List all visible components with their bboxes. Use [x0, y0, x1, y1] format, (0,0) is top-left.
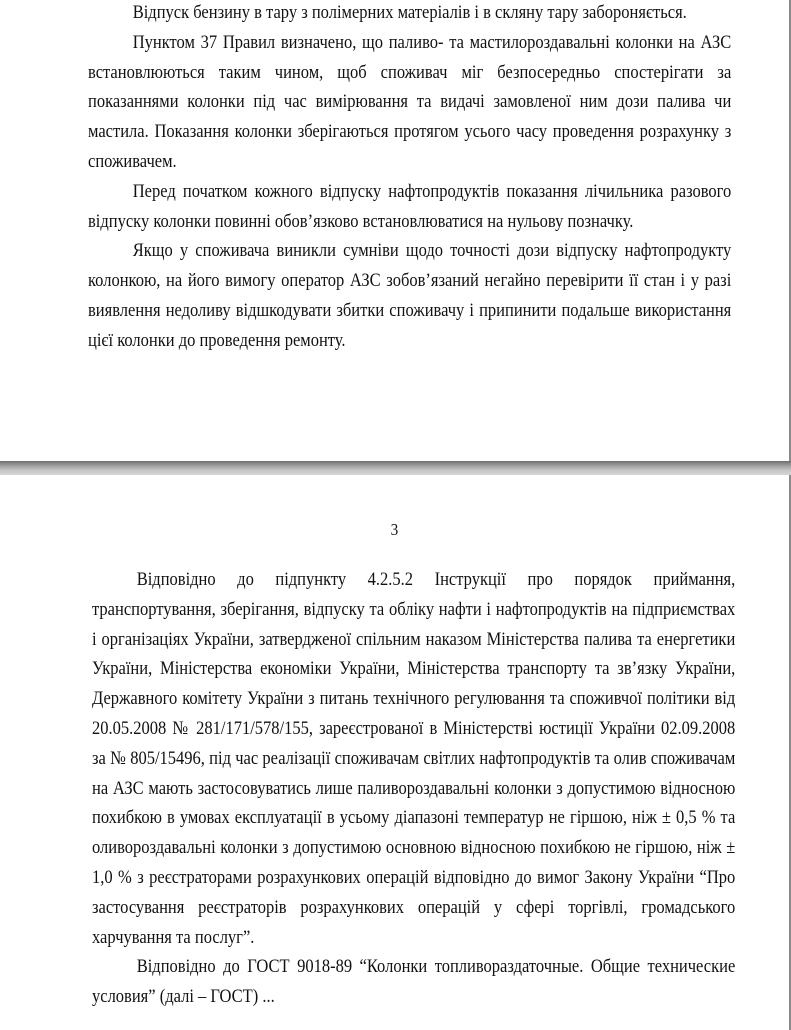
page-break-separator — [0, 461, 791, 475]
paragraph-instruction-4-2-5-2: Відповідно до підпункту 4.2.5.2 Інструкц… — [92, 565, 735, 952]
document-page-previous: Відпуск бензину в тару з полімерних мате… — [0, 0, 791, 461]
paragraph-point-37: Пунктом 37 Правил визначено, що паливо- … — [88, 28, 731, 177]
paragraph-fuel-container-ban: Відпуск бензину в тару з полімерних мате… — [88, 0, 731, 28]
page-number: 3 — [39, 520, 749, 540]
page-body: Відповідно до підпункту 4.2.5.2 Інструкц… — [92, 565, 735, 1012]
page-body: Відпуск бензину в тару з полімерних мате… — [88, 0, 731, 356]
paragraph-gost-9018-89: Відповідно до ГОСТ 9018-89 “Колонки топл… — [92, 952, 735, 1012]
document-page-3: 3 Відповідно до підпункту 4.2.5.2 Інстру… — [0, 475, 791, 1030]
paragraph-dose-accuracy: Якщо у споживача виникли сумніви щодо то… — [88, 236, 731, 355]
paragraph-counter-reset: Перед початком кожного відпуску нафтопро… — [88, 177, 731, 237]
